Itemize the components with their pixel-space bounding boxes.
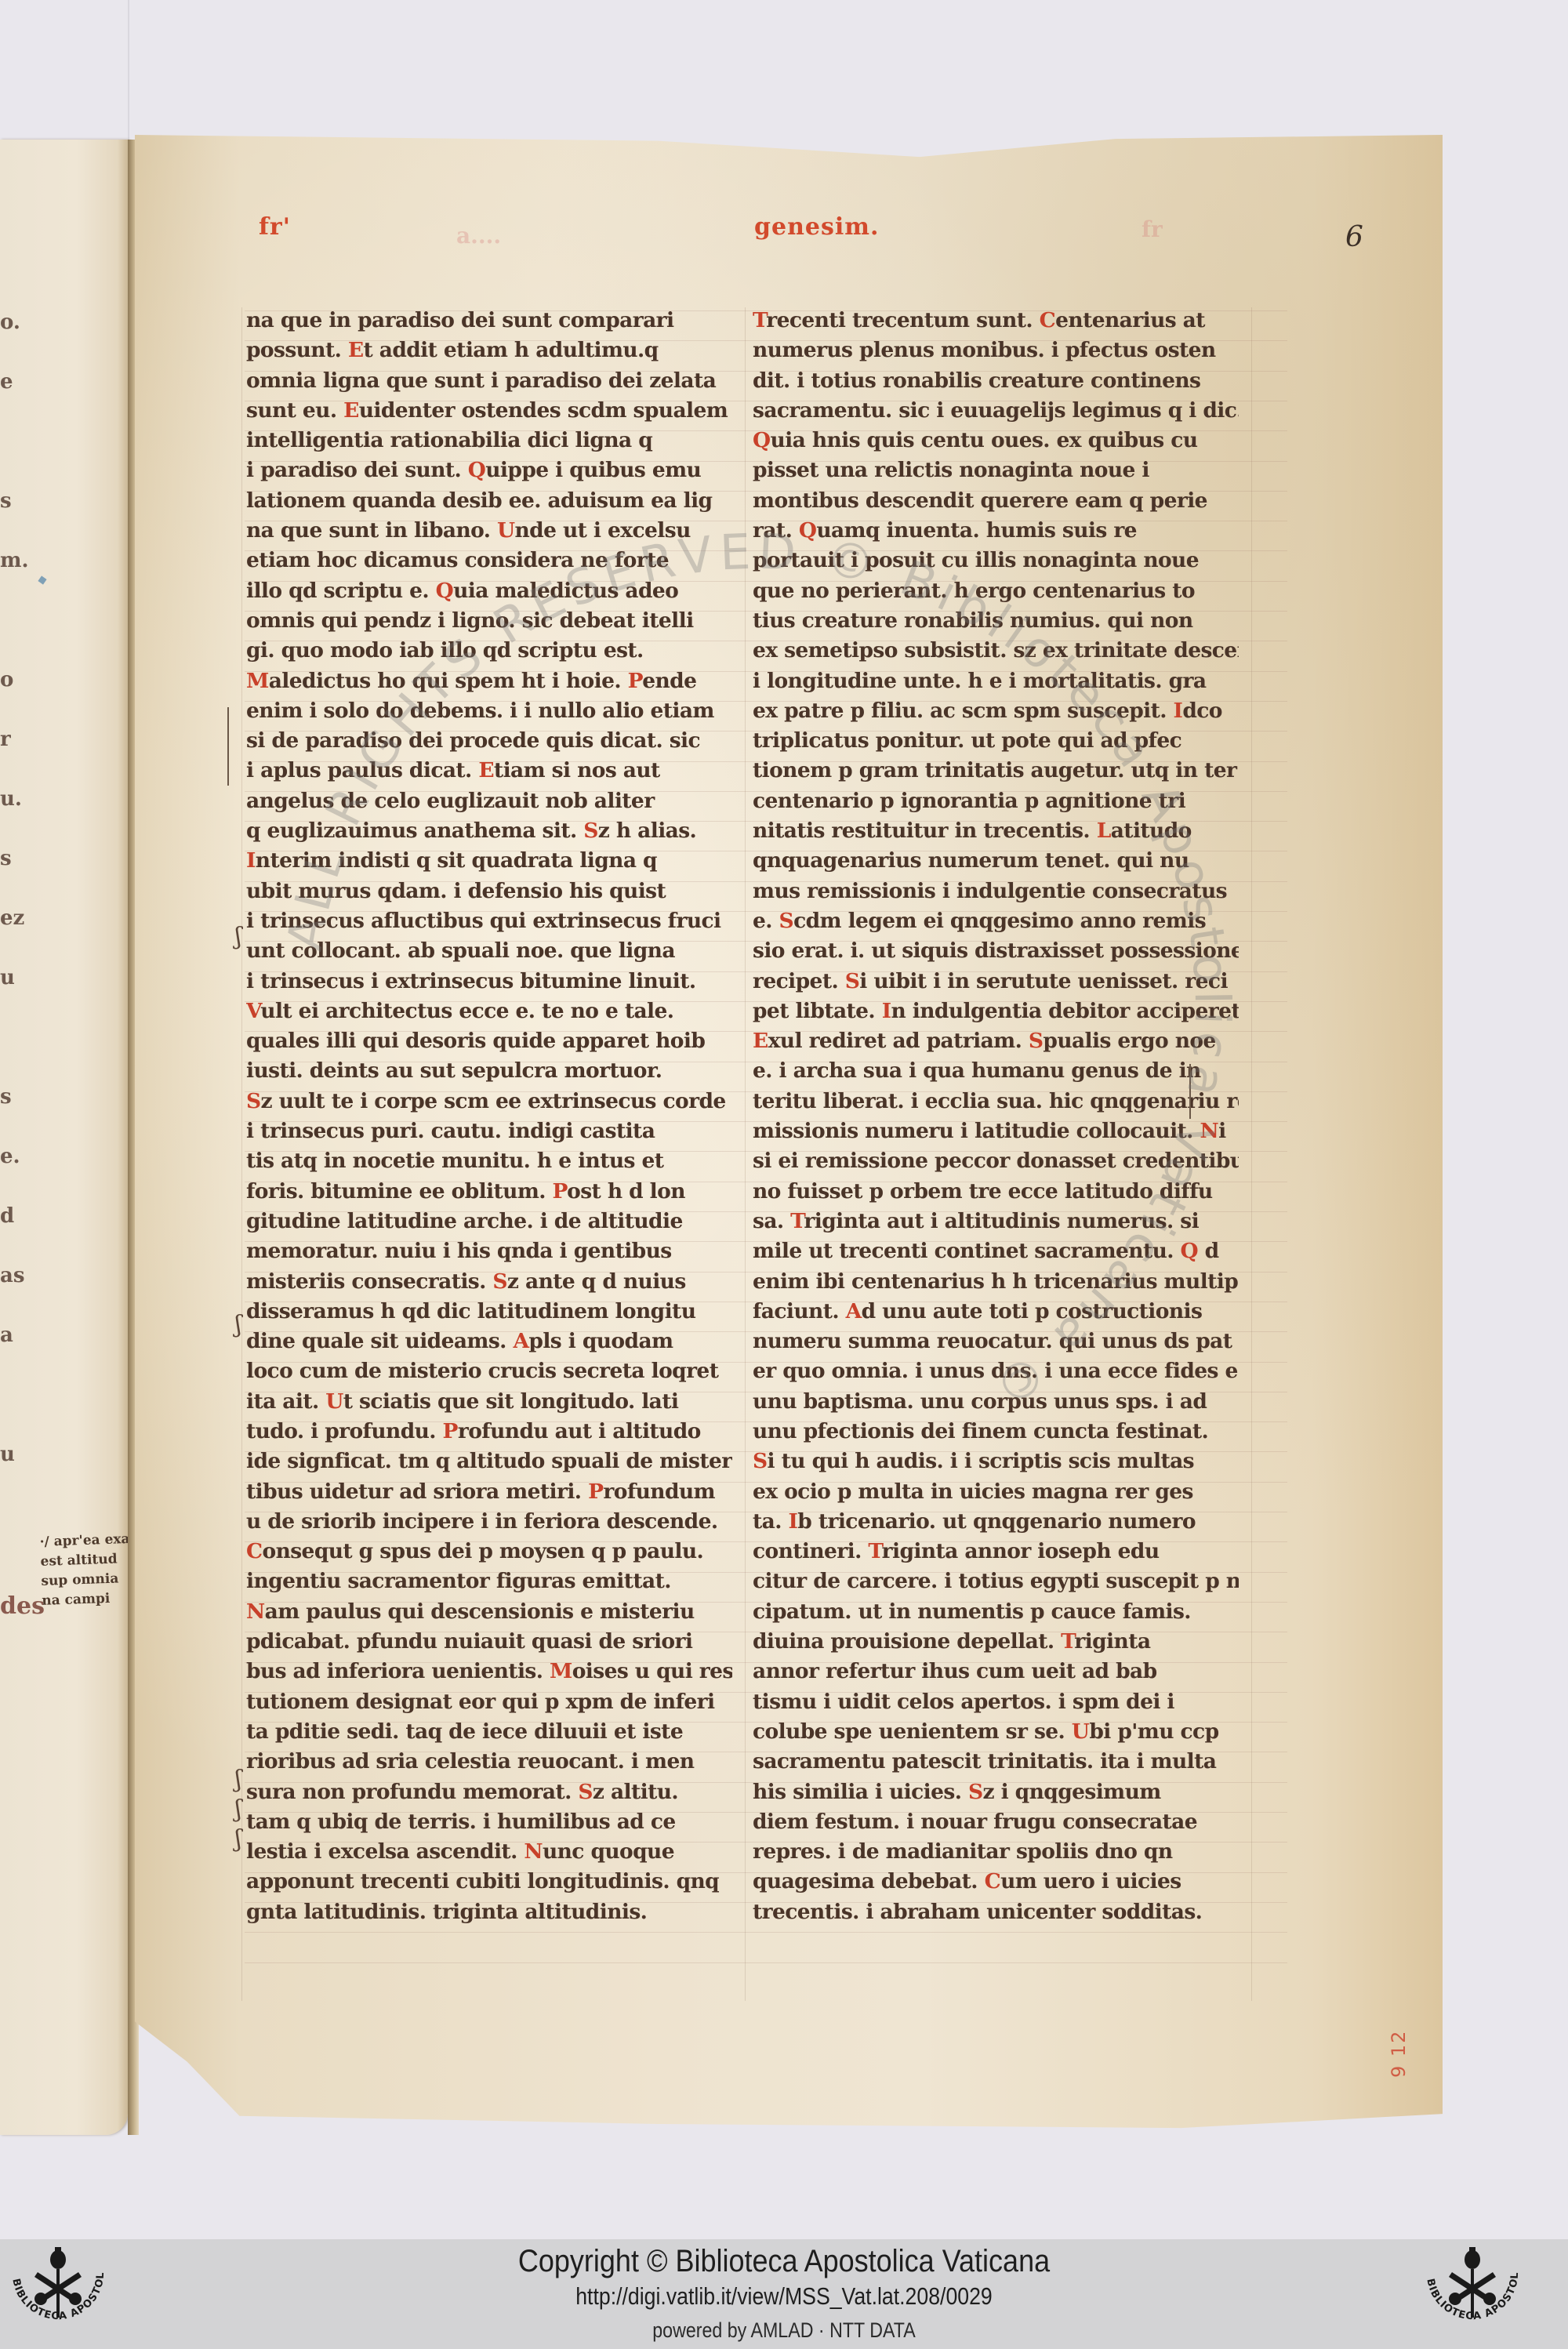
manuscript-line: rat. Quamq inuenta. humis suis re (753, 516, 1239, 546)
manuscript-line: annor refertur ihus cum ueit ad bab (753, 1657, 1239, 1686)
manuscript-line: ex patre p filiu. ac scm spm suscepit. I… (753, 696, 1239, 726)
rubricated-initial: S (246, 1089, 261, 1113)
rubricated-initial: U (1072, 1719, 1090, 1744)
manuscript-line: Sz uult te i corpe scm ee extrinsecus co… (246, 1087, 732, 1116)
manuscript-scan: o.esm.oru.sezuse.dasau ·/ apr'ea exalt e… (0, 0, 1568, 2239)
manuscript-line: colube spe uenientem sr se. Ubi p'mu ccp (753, 1717, 1239, 1747)
text-column-right: Trecenti trecentum sunt. Centenarius atn… (753, 306, 1239, 1927)
rubricated-initial: A (846, 1299, 862, 1323)
rubricated-initial: Q (799, 518, 816, 543)
rubricated-initial: C (246, 1539, 263, 1563)
manuscript-line: Quia hnis quis centu oues. ex quibus cu (753, 426, 1239, 456)
manuscript-line: loco cum de misterio crucis secreta loqr… (246, 1356, 732, 1386)
manuscript-line: omnia ligna que sunt i paradiso dei zela… (246, 366, 732, 396)
manuscript-line: ex ocio p multa in uicies magna rer ges (753, 1477, 1239, 1507)
manuscript-line: nitatis restituitur in trecentis. Latitu… (753, 816, 1239, 846)
rubricated-initial: M (550, 1659, 572, 1683)
manuscript-line: enim i solo do debems. i i nullo alio et… (246, 696, 732, 726)
rubricated-initial: U (325, 1389, 343, 1414)
manuscript-line: sio erat. i. ut siquis distraxisset poss… (753, 936, 1239, 966)
rubricated-initial: N (246, 1599, 265, 1624)
manuscript-line: gnta latitudinis. triginta altitudinis. (246, 1897, 732, 1927)
rubricated-initial: Q (753, 428, 770, 452)
manuscript-line: que no perierant. h ergo centenarius to (753, 576, 1239, 606)
rubricated-initial: Q (1181, 1239, 1198, 1263)
rubricated-initial: P (628, 669, 643, 693)
manuscript-line: mile ut trecenti continet sacramentu. Q … (753, 1236, 1239, 1266)
manuscript-line: sura non profundu memorat. Sz altitu. (246, 1777, 732, 1807)
manuscript-line: angelus de celo euglizauit nob aliter (246, 786, 732, 816)
manuscript-line: sunt eu. Euidenter ostendes scdm spualem (246, 396, 732, 426)
manuscript-line: tam q ubiq de terris. i humilibus ad ce (246, 1807, 732, 1837)
manuscript-line: recipet. Si uibit i in serutute uenisset… (753, 967, 1239, 997)
manuscript-line: Maledictus ho qui spem ht i hoie. Pende (246, 666, 732, 696)
manuscript-line: trecentis. i abraham unicenter sodditas. (753, 1897, 1239, 1927)
powered-by-text: powered by AMLAD · NTT DATA (110, 2318, 1458, 2343)
margin-mark-squiggle: ʃ (235, 1825, 241, 1853)
manuscript-line: faciunt. Ad unu aute toti p costructioni… (753, 1297, 1239, 1327)
rubricated-initial: C (985, 1869, 1001, 1893)
facing-page-fragment: u. (0, 781, 22, 817)
running-head-center: genesim. (754, 213, 879, 241)
manuscript-line: foris. bitumine ee oblitum. Post h d lon (246, 1177, 732, 1207)
manuscript-line: triplicatus ponitur. ut pote qui ad pfec (753, 726, 1239, 756)
rubricated-initial: S (1029, 1029, 1044, 1053)
manuscript-line: quales illi qui desoris quide apparet ho… (246, 1026, 732, 1056)
rubricated-initial: P (443, 1419, 458, 1443)
manuscript-line: Nam paulus qui descensionis e misteriu (246, 1597, 732, 1627)
manuscript-line: Consequt g spus dei p moysen q p paulu. (246, 1537, 732, 1567)
manuscript-line: pisset una relictis nonaginta noue i (753, 456, 1239, 485)
facing-page-fragment: as (0, 1258, 24, 1294)
ruling-vertical (745, 307, 746, 2001)
manuscript-line: sa. Triginta aut i altitudinis numerus. … (753, 1207, 1239, 1236)
manuscript-line: rioribus ad sria celestia reuocant. i me… (246, 1747, 732, 1777)
manuscript-line: tius creature ronabilis numius. qui non (753, 606, 1239, 636)
copyright-footer: BIBLIOTECA APOSTOLICA VATICANA Copyright… (0, 2239, 1568, 2349)
manuscript-line: quagesima debebat. Cum uero i uicies (753, 1867, 1239, 1897)
manuscript-line: na que in paradiso dei sunt comparari (246, 306, 732, 336)
manuscript-line: iusti. deints au sut sepulcra mortuor. (246, 1056, 732, 1086)
ruling-vertical (1251, 307, 1252, 2001)
facing-page-fragment: u (0, 960, 15, 996)
manuscript-line: sacramentu patescit trinitatis. ita i mu… (753, 1747, 1239, 1777)
manuscript-line: dit. i totius ronabilis creature contine… (753, 366, 1239, 396)
rubricated-initial: E (478, 758, 494, 782)
manuscript-line: unt collocant. ab spuali noe. que ligna (246, 936, 732, 966)
facing-page-fragment: o (0, 662, 13, 698)
rubricated-initial: T (1061, 1629, 1074, 1654)
pigment-fleck (38, 575, 46, 584)
manuscript-line: memoratur. nuiu i his qnda i gentibus (246, 1236, 732, 1266)
pencil-foliation: 9 12 (1388, 2030, 1410, 2078)
facing-page-rubric-fragment: des (0, 1588, 45, 1625)
ruling-vertical (241, 307, 242, 2001)
manuscript-line: lationem quanda desib ee. aduisum ea lig (246, 486, 732, 516)
manuscript-line: e. Scdm legem ei qnqgesimo anno remis (753, 906, 1239, 936)
manuscript-line: possunt. Et addit etiam h adultimu.q (246, 336, 732, 365)
manuscript-line: contineri. Triginta annor ioseph edu (753, 1537, 1239, 1567)
rubricated-initial: I (882, 999, 891, 1023)
facing-page: o.esm.oru.sezuse.dasau ·/ apr'ea exalt e… (0, 140, 128, 2135)
facing-page-fragment: d (0, 1198, 14, 1234)
image-url[interactable]: http://digi.vatlib.it/view/MSS_Vat.lat.2… (110, 2282, 1458, 2311)
rubricated-initial: I (246, 848, 256, 873)
manuscript-line: bus ad inferiora uenientis. Moises u qui… (246, 1657, 732, 1686)
rubricated-initial: E (753, 1029, 768, 1053)
manuscript-line: sacramentu. sic i euuagelijs legimus q i… (753, 396, 1239, 426)
rubricated-initial: T (753, 308, 766, 332)
margin-mark-squiggle: ʃ (235, 923, 241, 950)
rubricated-initial: N (1200, 1119, 1218, 1143)
manuscript-line: er quo omnia. i unus dns. i una ecce fid… (753, 1356, 1239, 1386)
manuscript-line: gi. quo modo iab illo qd scriptu est. (246, 636, 732, 666)
rubricated-initial: Q (436, 579, 453, 603)
manuscript-line: Interim indisti q sit quadrata ligna q (246, 846, 732, 876)
rubricated-initial: P (588, 1479, 603, 1504)
rubricated-initial: S (583, 819, 598, 843)
manuscript-line: tionem p gram trinitatis augetur. utq in… (753, 756, 1239, 786)
running-head-offset-ghost: a.... (456, 223, 501, 249)
manuscript-line: u de sriorib incipere i in feriora desce… (246, 1507, 732, 1537)
manuscript-line: tudo. i profundu. Profundu aut i altitud… (246, 1417, 732, 1447)
manuscript-line: na que sunt in libano. Unde ut i excelsu (246, 516, 732, 546)
facing-page-fragment: s (0, 483, 12, 519)
manuscript-line: intelligentia rationabilia dici ligna q (246, 426, 732, 456)
manuscript-line: i aplus paulus dicat. Etiam si nos aut (246, 756, 732, 786)
manuscript-line: si ei remissione peccor donasset credent… (753, 1146, 1239, 1176)
copyright-text: Copyright © Biblioteca Apostolica Vatica… (78, 2244, 1490, 2279)
rubricated-initial: S (845, 969, 860, 993)
rubricated-initial: Q (468, 458, 485, 482)
manuscript-line: pdicabat. pfundu nuiauit quasi de sriori (246, 1627, 732, 1657)
manuscript-line: disseramus h qd dic latitudinem longitu (246, 1297, 732, 1327)
manuscript-line: gitudine latitudine arche. i de altitudi… (246, 1207, 732, 1236)
rubricated-initial: S (492, 1269, 507, 1294)
rubricated-initial: S (578, 1780, 593, 1804)
manuscript-line: ingentiu sacramentor figuras emittat. (246, 1567, 732, 1596)
rubricated-initial: A (513, 1329, 528, 1353)
manuscript-line: diuina prouisione depellat. Triginta (753, 1627, 1239, 1657)
manuscript-line: no fuisset p orbem tre ecce latitudo dif… (753, 1177, 1239, 1207)
margin-bracket (227, 707, 229, 786)
rubricated-initial: V (246, 999, 260, 1023)
manuscript-line: lestia i excelsa ascendit. Nunc quoque (246, 1837, 732, 1867)
facing-page-fragment: o. (0, 304, 20, 340)
manuscript-line: illo qd scriptu e. Quia maledictus adeo (246, 576, 732, 606)
manuscript-line: Trecenti trecentum sunt. Centenarius at (753, 306, 1239, 336)
margin-mark-squiggle: ʃ (235, 1766, 241, 1793)
manuscript-line: montibus descendit querere eam q perie (753, 486, 1239, 516)
manuscript-line: pet libtate. In indulgentia debitor acci… (753, 997, 1239, 1026)
manuscript-line: numeru summa reuocatur. qui unus ds pat (753, 1327, 1239, 1356)
manuscript-line: i trinsecus afluctibus qui extrinsecus f… (246, 906, 732, 936)
rubricated-initial: E (348, 338, 364, 362)
running-head-left: fr' (259, 213, 291, 241)
manuscript-line: mus remissionis i indulgentie consecratu… (753, 877, 1239, 906)
ruling-line (245, 1962, 1287, 1963)
manuscript-line: diem festum. i nouar frugu consecratae (753, 1807, 1239, 1837)
facing-page-fragment: m. (0, 543, 29, 579)
vatican-library-seal-icon: BIBLIOTECA APOSTOLICA VATICANA (1417, 2242, 1527, 2346)
manuscript-line: repres. i de madianitar spoliis dno qn (753, 1837, 1239, 1867)
rubricated-initial: I (788, 1509, 797, 1534)
manuscript-line: unu baptisma. unu corpus unus sps. i ad (753, 1387, 1239, 1417)
manuscript-line: tutionem designat eor qui p xpm de infer… (246, 1687, 732, 1717)
manuscript-line: numerus plenus monibus. i pfectus osten (753, 336, 1239, 365)
manuscript-line: ta. Ib tricenario. ut qnqgenario numero (753, 1507, 1239, 1537)
manuscript-line: Exul rediret ad patriam. Spualis ergo no… (753, 1026, 1239, 1056)
manuscript-line: e. i archa sua i qua humanu genus de in (753, 1056, 1239, 1086)
rubricated-initial: S (779, 909, 794, 933)
manuscript-line: centenario p ignorantia p agnitione tri (753, 786, 1239, 816)
rubricated-initial: P (553, 1179, 568, 1204)
rubricated-initial: L (1097, 819, 1111, 843)
facing-page-fragment: a (0, 1317, 13, 1353)
manuscript-line: tis atq in nocetie munitu. h e intus et (246, 1146, 732, 1176)
ruling-line (245, 1932, 1287, 1933)
manuscript-line: ex semetipso subsistit. sz ex trinitate … (753, 636, 1239, 666)
facing-page-fragment: s (0, 840, 12, 877)
manuscript-line: unu pfectionis dei finem cuncta festinat… (753, 1417, 1239, 1447)
rubricated-initial: N (524, 1839, 543, 1864)
facing-page-fragment: e (0, 364, 13, 400)
facing-page-fragment: r (0, 721, 11, 757)
rubricated-initial: T (868, 1539, 881, 1563)
manuscript-line: his similia i uicies. Sz i qnqgesimum (753, 1777, 1239, 1807)
manuscript-line: si de paradiso dei procede quis dicat. s… (246, 726, 732, 756)
manuscript-line: qnquagenarius numerum tenet. qui nu (753, 846, 1239, 876)
rubricated-initial: E (343, 398, 359, 423)
rubricated-initial: M (246, 669, 269, 693)
manuscript-line: ta pditie sedi. taq de iece diluuii et i… (246, 1717, 732, 1747)
backdrop-seam (128, 0, 129, 141)
manuscript-line: i trinsecus i extrinsecus bitumine linui… (246, 967, 732, 997)
manuscript-line: ita ait. Ut sciatis que sit longitudo. l… (246, 1387, 732, 1417)
folio-number: 6 (1345, 221, 1363, 253)
manuscript-line: portauit i posuit cu illis nonaginta nou… (753, 546, 1239, 575)
manuscript-line: dine quale sit uideams. Apls i quodam (246, 1327, 732, 1356)
manuscript-line: Si tu qui h audis. i i scriptis scis mul… (753, 1447, 1239, 1476)
running-head-offset-ghost: fr (1142, 216, 1163, 242)
facing-page-marginalia: ·/ apr'ea exalt est altitud sup omnia na… (39, 1530, 128, 1611)
manuscript-line: i longitudine unte. h e i mortalitatis. … (753, 666, 1239, 696)
rubricated-initial: T (790, 1209, 804, 1233)
rubricated-initial: U (497, 518, 515, 543)
rubricated-initial: I (1174, 699, 1183, 723)
manuscript-line: tismu i uidit celos apertos. i spm dei i (753, 1687, 1239, 1717)
manuscript-line: i paradiso dei sunt. Quippe i quibus emu (246, 456, 732, 485)
facing-page-fragment: u (0, 1436, 15, 1472)
manuscript-line: citur de carcere. i totius egypti suscep… (753, 1567, 1239, 1596)
manuscript-line: omnis qui pendz i ligno. sic debeat itel… (246, 606, 732, 636)
manuscript-line: misteriis consecratis. Sz ante q d nuius (246, 1267, 732, 1297)
margin-mark-squiggle: ʃ (235, 1311, 241, 1338)
manuscript-line: ide signficat. tm q altitudo spuali de m… (246, 1447, 732, 1476)
margin-bracket (1189, 1064, 1191, 1119)
manuscript-line: ubit murus qdam. i defensio his quist (246, 877, 732, 906)
manuscript-line: etiam hoc dicamus considera ne forte (246, 546, 732, 575)
manuscript-line: i trinsecus puri. cautu. indigi castita (246, 1116, 732, 1146)
rubricated-initial: S (753, 1449, 768, 1473)
facing-page-fragment: e. (0, 1138, 20, 1174)
manuscript-line: missionis numeru i latitudie collocauit.… (753, 1116, 1239, 1146)
margin-mark-squiggle: ʃ (235, 1795, 241, 1823)
rubricated-initial: S (968, 1780, 983, 1804)
recto-page: fr' a.... genesim. fr 6 na que in paradi… (135, 135, 1443, 2142)
rubricated-initial: C (1040, 308, 1056, 332)
facing-page-fragment: s (0, 1079, 12, 1115)
manuscript-line: Vult ei architectus ecce e. te no e tale… (246, 997, 732, 1026)
manuscript-line: tibus uidetur ad sriora metiri. Profundu… (246, 1477, 732, 1507)
manuscript-line: cipatum. ut in numentis p cauce famis. (753, 1597, 1239, 1627)
text-column-left: na que in paradiso dei sunt compararipos… (246, 306, 732, 1927)
manuscript-line: enim ibi centenarius h h tricenarius mul… (753, 1267, 1239, 1297)
manuscript-line: apponunt trecenti cubiti longitudinis. q… (246, 1867, 732, 1897)
manuscript-line: teritu liberat. i ecclia sua. hic qnqgen… (753, 1087, 1239, 1116)
facing-page-fragment: ez (0, 900, 24, 936)
manuscript-line: q euglizauimus anathema sit. Sz h alias. (246, 816, 732, 846)
